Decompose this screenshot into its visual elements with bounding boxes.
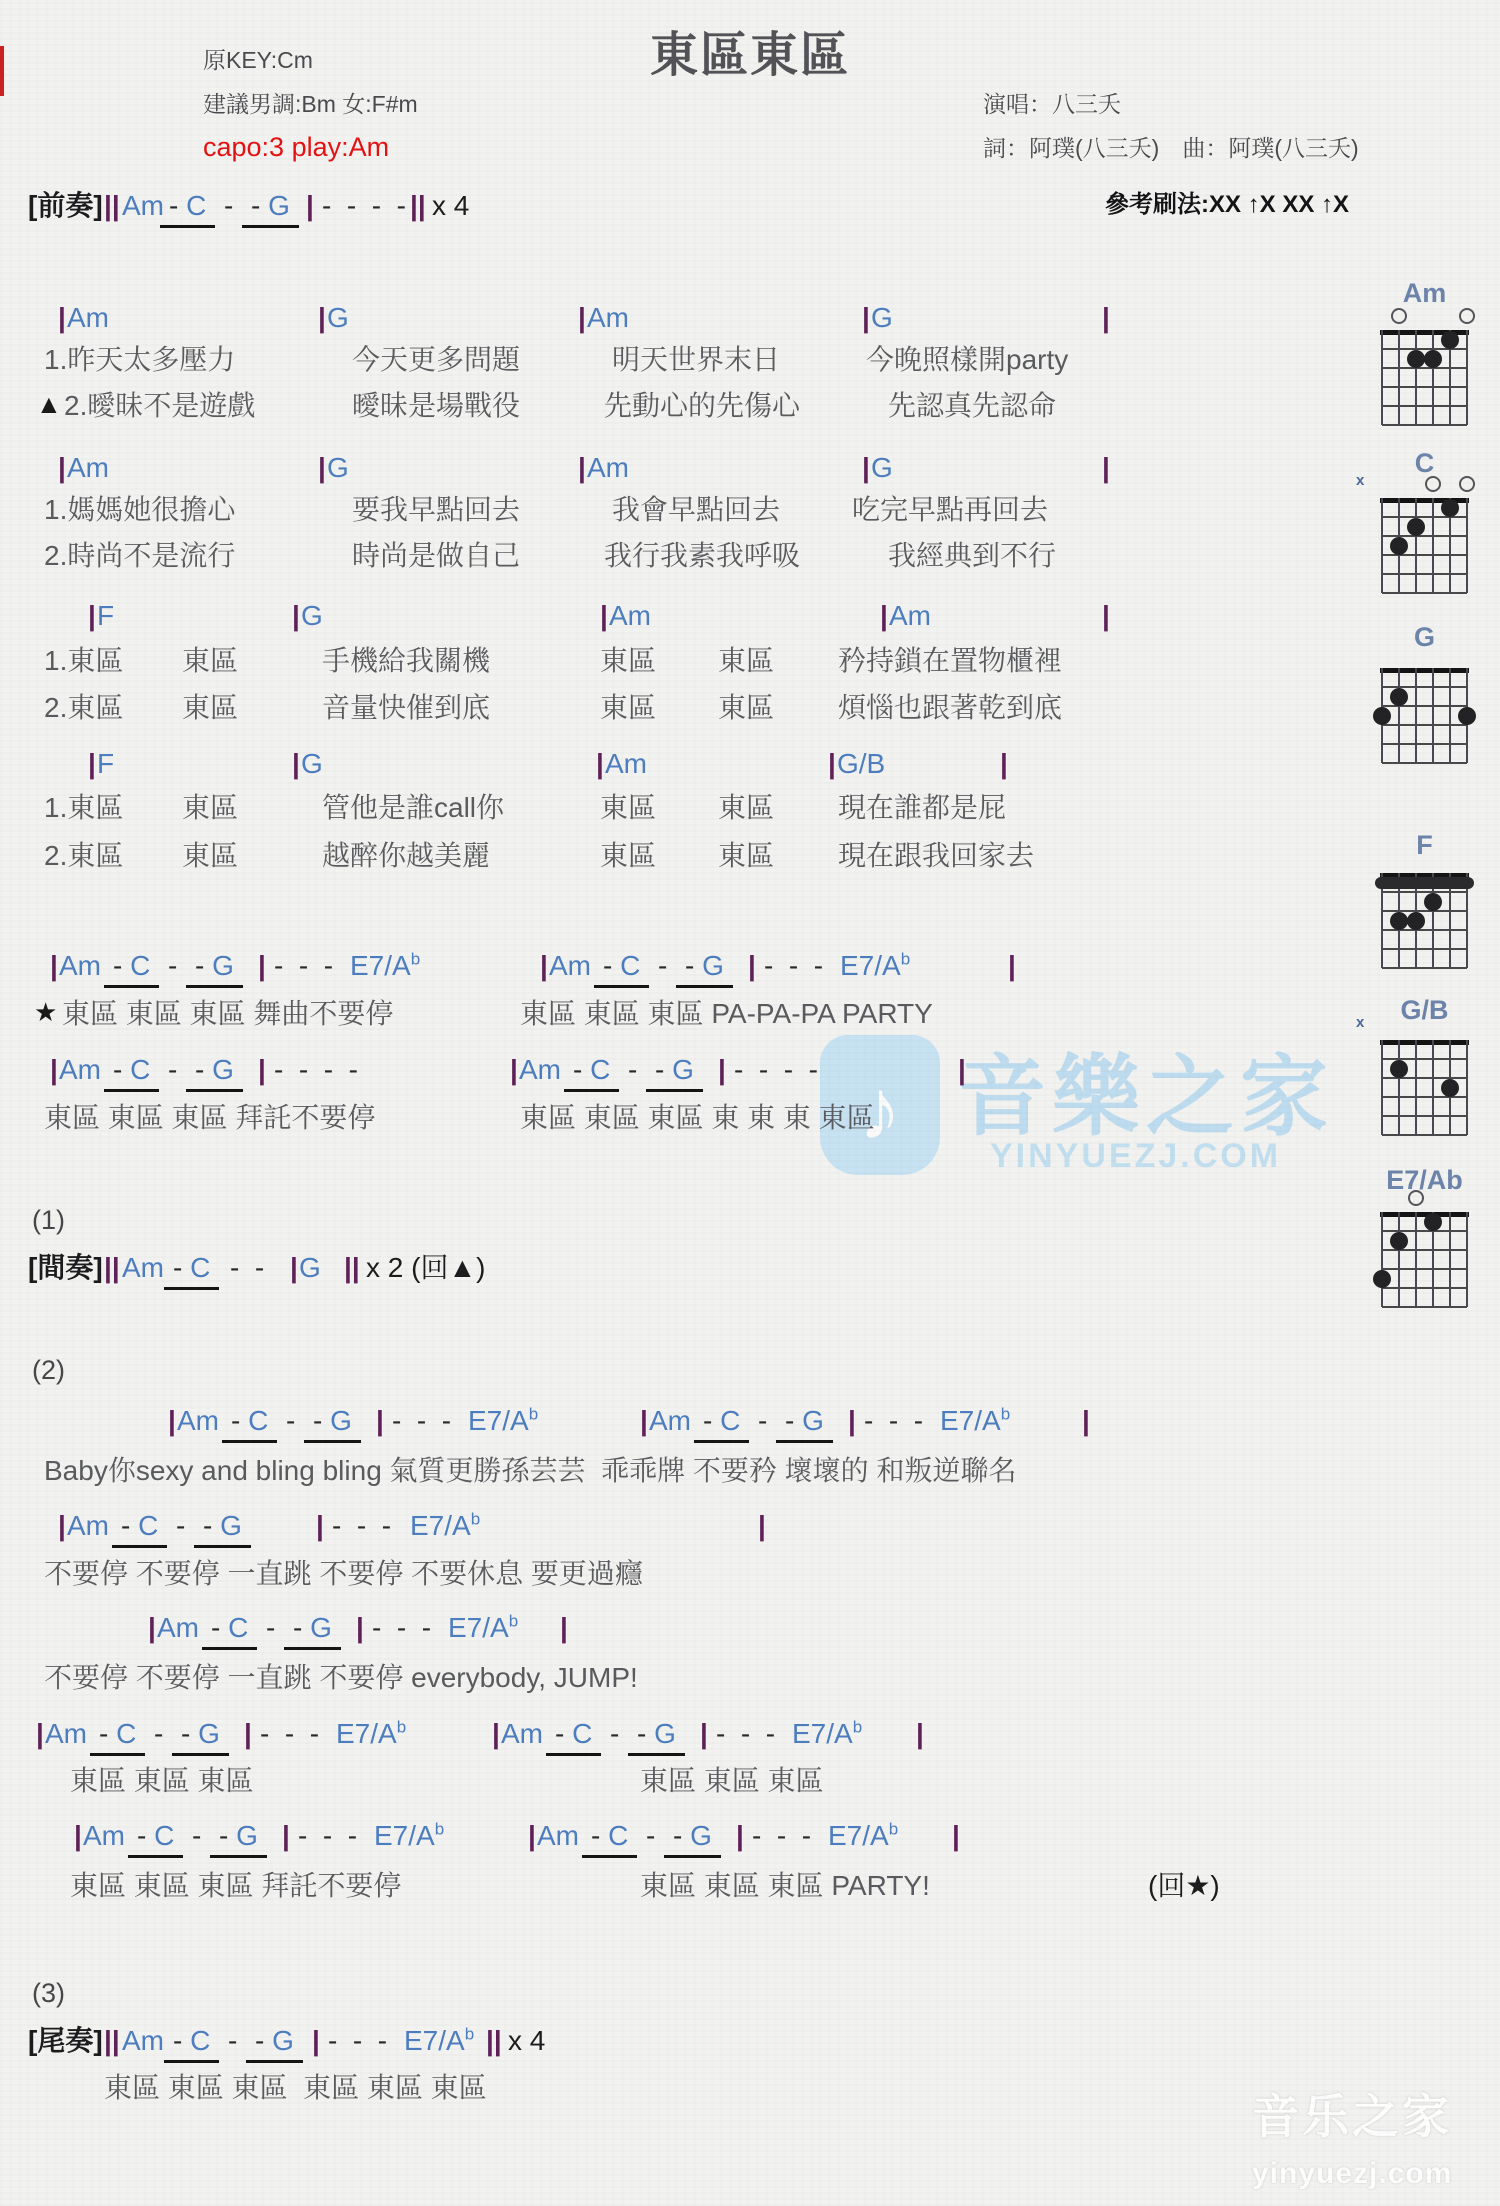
chord-diagram-label-am: Am	[1345, 278, 1500, 309]
lyric-token: 東區 東區 東區	[70, 1765, 254, 1797]
underlined-chord-token: - C	[202, 1612, 257, 1650]
underlined-chord-token: - C	[112, 1510, 167, 1548]
lyric-token: 東區	[182, 692, 238, 724]
diagram-string-line	[1466, 1212, 1468, 1307]
lyric-token: 吃完早點再回去	[852, 494, 1048, 526]
bar-token: |	[510, 1054, 518, 1086]
bar-token: |	[736, 1820, 744, 1852]
diagram-open-string-marker	[1459, 476, 1475, 492]
lyric-token: 現在跟我回家去	[838, 840, 1034, 872]
underlined-chord-token: - C	[164, 1252, 219, 1290]
dash-token: - - - -	[274, 1054, 358, 1086]
bar-token: |	[600, 600, 608, 632]
diagram-open-string-marker	[1459, 308, 1475, 324]
diagram-fret-line	[1382, 1134, 1467, 1136]
dash-token: - - -	[764, 950, 823, 982]
chord-token: Am	[537, 1820, 579, 1852]
chord-token: E7/Ab	[792, 1718, 862, 1750]
lyric-token: 東區	[600, 792, 656, 824]
lyric-token: Baby你sexy and bling bling 氣質更勝孫芸芸 乖乖牌 不要…	[44, 1455, 1016, 1487]
lyric-token: 東區 東區 東區 拜託不要停	[44, 1102, 375, 1134]
bar-token: |	[1102, 452, 1110, 484]
diagram-open-string-marker	[1391, 308, 1407, 324]
edge-mark	[0, 46, 4, 96]
suggested-keys: 建議男調:Bm 女:F#m	[203, 86, 418, 119]
chord-token: E7/Ab	[448, 1612, 518, 1644]
lyric-token: 1.媽媽她很擔心	[44, 494, 235, 526]
underlined-chord-token: - G	[776, 1405, 833, 1443]
underlined-chord-token: - C	[128, 1820, 183, 1858]
chord-token: Am	[122, 2025, 164, 2057]
diagram-fret-line	[1382, 516, 1467, 518]
chord-token: Am	[67, 1510, 109, 1542]
lyric-token: 東區	[182, 645, 238, 677]
section-number: (3)	[32, 1978, 65, 2009]
diagram-finger-dot	[1424, 893, 1442, 911]
writer-credits: 詞：阿璞(八三夭) 曲：阿璞(八三夭)	[983, 130, 1359, 163]
watermark-corner-title: 音乐之家	[1252, 2080, 1452, 2147]
chord-token: E7/Ab	[410, 1510, 480, 1542]
bar-token: |	[1102, 302, 1110, 334]
section-label: [前奏]	[28, 190, 103, 222]
bar-token: |	[880, 600, 888, 632]
lyric-token: 曖昧是場戰役	[352, 390, 520, 422]
original-key: 原KEY:Cm	[203, 42, 313, 75]
bar-token: |	[36, 1718, 44, 1750]
chord-diagram-c: x	[1382, 498, 1467, 593]
lyric-token: 時尚是做自己	[352, 540, 520, 572]
lyric-token: 東區 東區 東區 舞曲不要停	[62, 998, 393, 1030]
diagram-open-string-marker	[1425, 476, 1441, 492]
bar-token: |	[258, 1054, 266, 1086]
lyric-token: 越醉你越美麗	[322, 840, 490, 872]
diagram-fret-line	[1382, 367, 1467, 369]
lyric-token: 現在誰都是屁	[838, 792, 1006, 824]
bar-token: ||	[410, 190, 426, 222]
section-label: [間奏]	[28, 1252, 103, 1284]
underlined-chord-token: - G	[242, 190, 299, 228]
chord-diagram-e7ab	[1382, 1212, 1467, 1307]
lyric-token: 東區 東區 東區 PA-PA-PA PARTY	[520, 998, 933, 1030]
diagram-fret-line	[1382, 1268, 1467, 1270]
bar-token: ||	[104, 2025, 120, 2057]
diagram-fret-line	[1382, 1096, 1467, 1098]
bar-token: |	[748, 950, 756, 982]
diagram-string-line	[1415, 668, 1417, 763]
bar-token: |	[58, 452, 66, 484]
bar-token: |	[952, 1820, 960, 1852]
chord-token: E7/Ab	[374, 1820, 444, 1852]
chord-token: Am	[889, 600, 931, 632]
bar-token: |	[88, 748, 96, 780]
diagram-finger-dot	[1407, 912, 1425, 930]
chord-diagram-label-c: C	[1345, 448, 1500, 479]
dash-token: -	[646, 1820, 655, 1852]
lyric-token: 煩惱也跟著乾到底	[838, 692, 1062, 724]
chord-token: E7/Ab	[828, 1820, 898, 1852]
dash-token: -	[168, 950, 177, 982]
diagram-fret-line	[1382, 724, 1467, 726]
chord-token: E7/Ab	[468, 1405, 538, 1437]
lyric-token: 要我早點回去	[352, 494, 520, 526]
watermark-title: 音樂之家	[958, 1027, 1334, 1153]
capo-info: capo:3 play:Am	[203, 132, 389, 163]
chord-token: E7/Ab	[840, 950, 910, 982]
lyric-token: 1.東區	[44, 645, 123, 677]
diagram-open-string-marker	[1408, 1190, 1424, 1206]
diagram-string-line	[1398, 1212, 1400, 1307]
chord-diagram-label-f: F	[1345, 830, 1500, 861]
mark-token: ▲	[36, 390, 62, 420]
bar-token: |	[718, 1054, 726, 1086]
chord-token: F	[97, 748, 114, 780]
chord-token: G	[301, 600, 323, 632]
diagram-fret-line	[1382, 405, 1467, 407]
underlined-chord-token: - G	[186, 1054, 243, 1092]
diagram-fret-line	[1382, 948, 1467, 950]
dash-token: - - - -	[734, 1054, 818, 1086]
dash-token: - - -	[274, 950, 333, 982]
bar-token: |	[258, 950, 266, 982]
bar-token: |	[58, 1510, 66, 1542]
chord-diagram-label-e7ab: E7/Ab	[1345, 1165, 1500, 1196]
repeat-label: x 2 (回▲)	[366, 1252, 486, 1284]
diagram-fret-line	[1382, 891, 1467, 893]
chord-sheet-page: 東區東區 原KEY:Cm 建議男調:Bm 女:F#m capo:3 play:A…	[0, 0, 1500, 2206]
repeat-label: (回★)	[1148, 1870, 1220, 1902]
section-label: [尾奏]	[28, 2025, 103, 2057]
diagram-string-line	[1449, 668, 1451, 763]
bar-token: |	[596, 748, 604, 780]
lyric-token: 今晚照樣開party	[866, 344, 1068, 376]
bar-token: ||	[486, 2025, 502, 2057]
diagram-fret-line	[1382, 386, 1467, 388]
chord-token: Am	[587, 452, 629, 484]
chord-token: G	[871, 302, 893, 334]
bar-token: ||	[104, 190, 120, 222]
lyric-token: 矜持鎖在置物櫃裡	[838, 645, 1062, 677]
diagram-nut	[1380, 1040, 1469, 1045]
bar-token: |	[1008, 950, 1016, 982]
diagram-fret-line	[1382, 424, 1467, 426]
lyric-token: 東區 東區 東區 東區 東區 東區	[104, 2072, 487, 2104]
lyric-token: 東區	[600, 645, 656, 677]
chord-token: Am	[177, 1405, 219, 1437]
underlined-chord-token: - C	[90, 1718, 145, 1756]
diagram-string-line	[1466, 1040, 1468, 1135]
diagram-string-line	[1381, 1040, 1383, 1135]
chord-token: G	[301, 748, 323, 780]
dash-token: - - -	[716, 1718, 775, 1750]
lyric-token: 東區	[600, 692, 656, 724]
chord-token: G	[327, 452, 349, 484]
dash-token: -	[658, 950, 667, 982]
chord-token: Am	[605, 748, 647, 780]
bar-token: |	[58, 302, 66, 334]
diagram-fret-line	[1382, 967, 1467, 969]
diagram-muted-string-marker: x	[1356, 1014, 1364, 1031]
diagram-finger-dot	[1407, 350, 1425, 368]
dash-token: - - - -	[322, 190, 406, 222]
bar-token: |	[290, 1252, 298, 1284]
bar-token: |	[916, 1718, 924, 1750]
dash-token: -	[610, 1718, 619, 1750]
section-number: (1)	[32, 1205, 65, 1236]
bar-token: |	[168, 1405, 176, 1437]
lyric-token: 東區	[718, 840, 774, 872]
diagram-finger-dot	[1441, 331, 1459, 349]
lyric-token: 2.曖昧不是遊戲	[64, 390, 255, 422]
diagram-finger-dot	[1441, 1079, 1459, 1097]
bar-token: |	[848, 1405, 856, 1437]
chord-diagram-g	[1382, 668, 1467, 763]
dash-token: -	[192, 1820, 201, 1852]
chord-token: Am	[122, 190, 164, 222]
underlined-chord-token: - C	[164, 2025, 219, 2063]
bar-token: |	[318, 302, 326, 334]
bar-token: ||	[104, 1252, 120, 1284]
bar-token: |	[376, 1405, 384, 1437]
lyric-token: 今天更多問題	[352, 344, 520, 376]
dash-token: - - -	[332, 1510, 391, 1542]
chord-token: Am	[59, 1054, 101, 1086]
bar-token: |	[50, 950, 58, 982]
section-number: (2)	[32, 1355, 65, 1386]
lyric-token: 東區	[718, 692, 774, 724]
diagram-fret-line	[1382, 592, 1467, 594]
dash-token: -	[628, 1054, 637, 1086]
chord-token: G	[871, 452, 893, 484]
lyric-token: 明天世界末日	[612, 344, 780, 376]
chord-diagram-label-gb: G/B	[1345, 995, 1500, 1026]
bar-token: ||	[344, 1252, 360, 1284]
diagram-fret-line	[1382, 1306, 1467, 1308]
lyric-token: 1.東區	[44, 792, 123, 824]
watermark-corner-url: yinyuezj.com	[1252, 2157, 1452, 2191]
diagram-string-line	[1381, 1212, 1383, 1307]
lyric-token: 東區	[718, 792, 774, 824]
bar-token: |	[492, 1718, 500, 1750]
diagram-string-line	[1432, 330, 1434, 425]
diagram-finger-dot	[1390, 688, 1408, 706]
underlined-chord-token: - G	[646, 1054, 703, 1092]
dash-token: -	[154, 1718, 163, 1750]
lyric-token: 東區	[600, 840, 656, 872]
dash-token: - - -	[328, 2025, 387, 2057]
underlined-chord-token: - C	[582, 1820, 637, 1858]
bar-token: |	[1102, 600, 1110, 632]
watermark-corner: 音乐之家 yinyuezj.com	[1252, 2080, 1452, 2191]
diagram-string-line	[1415, 1212, 1417, 1307]
diagram-string-line	[1432, 1040, 1434, 1135]
lyric-token: 2.時尚不是流行	[44, 540, 235, 572]
underlined-chord-token: - G	[664, 1820, 721, 1858]
bar-token: |	[244, 1718, 252, 1750]
chord-token: Am	[649, 1405, 691, 1437]
repeat-label: x 4	[432, 190, 469, 222]
bar-token: |	[148, 1612, 156, 1644]
bar-token: |	[560, 1612, 568, 1644]
lyric-token: 我經典到不行	[888, 540, 1056, 572]
diagram-string-line	[1415, 498, 1417, 593]
bar-token: |	[74, 1820, 82, 1852]
chord-token: Am	[122, 1252, 164, 1284]
diagram-finger-dot	[1407, 518, 1425, 536]
strum-pattern: 參考刷法:XX ↑X XX ↑X	[1105, 184, 1349, 219]
diagram-barre	[1375, 877, 1474, 889]
chord-token: E7/Ab	[940, 1405, 1010, 1437]
chord-token: Am	[67, 452, 109, 484]
diagram-string-line	[1398, 668, 1400, 763]
diagram-nut	[1380, 668, 1469, 673]
chord-token: Am	[501, 1718, 543, 1750]
bar-token: |	[758, 1510, 766, 1542]
underlined-chord-token: - G	[676, 950, 733, 988]
diagram-fret-line	[1382, 1115, 1467, 1117]
watermark-url: YINYUEZJ.COM	[990, 1137, 1281, 1176]
bar-token: |	[828, 748, 836, 780]
chord-token: Am	[83, 1820, 125, 1852]
chord-token: Am	[587, 302, 629, 334]
chord-diagram-gb: x	[1382, 1040, 1467, 1135]
dash-token: - - -	[752, 1820, 811, 1852]
bar-token: |	[292, 600, 300, 632]
chord-token: E7/Ab	[350, 950, 420, 982]
bar-token: |	[50, 1054, 58, 1086]
bar-token: |	[1082, 1405, 1090, 1437]
chord-token: G/B	[837, 748, 885, 780]
bar-token: |	[306, 190, 314, 222]
dash-token: -	[266, 1612, 275, 1644]
dash-token: - - -	[864, 1405, 923, 1437]
dash-token: -	[168, 1054, 177, 1086]
diagram-string-line	[1415, 1040, 1417, 1135]
bar-token: |	[578, 302, 586, 334]
lyric-token: 先動心的先傷心	[604, 390, 800, 422]
bar-token: |	[292, 748, 300, 780]
lyric-token: 1.昨天太多壓力	[44, 344, 235, 376]
diagram-fret-line	[1382, 348, 1467, 350]
diagram-finger-dot	[1390, 1060, 1408, 1078]
dash-token: -	[176, 1510, 185, 1542]
diagram-string-line	[1381, 330, 1383, 425]
bar-token: |	[862, 302, 870, 334]
diagram-string-line	[1449, 1212, 1451, 1307]
chord-token: Am	[549, 950, 591, 982]
bar-token: |	[958, 1054, 966, 1086]
bar-token: |	[862, 452, 870, 484]
diagram-finger-dot	[1441, 499, 1459, 517]
chord-token: E7/Ab	[404, 2025, 474, 2057]
diagram-finger-dot	[1390, 537, 1408, 555]
chord-token: G	[299, 1252, 321, 1284]
underlined-chord-token: - C	[222, 1405, 277, 1443]
underlined-chord-token: - G	[284, 1612, 341, 1650]
bar-token: |	[318, 452, 326, 484]
dash-token: - - -	[298, 1820, 357, 1852]
lyric-token: 東區	[718, 645, 774, 677]
underlined-chord-token: - C	[104, 950, 159, 988]
underlined-chord-token: - C	[160, 190, 215, 228]
underlined-chord-token: - G	[194, 1510, 251, 1548]
bar-token: |	[88, 600, 96, 632]
bar-token: |	[640, 1405, 648, 1437]
diagram-fret-line	[1382, 573, 1467, 575]
bar-token: |	[700, 1718, 708, 1750]
dash-token: - - -	[260, 1718, 319, 1750]
diagram-finger-dot	[1390, 1232, 1408, 1250]
diagram-fret-line	[1382, 1287, 1467, 1289]
dash-token: -	[224, 190, 233, 222]
song-title: 東區東區	[555, 16, 945, 85]
diagram-string-line	[1398, 1040, 1400, 1135]
underlined-chord-token: - G	[210, 1820, 267, 1858]
underlined-chord-token: - C	[694, 1405, 749, 1443]
dash-token: -	[286, 1405, 295, 1437]
diagram-finger-dot	[1373, 707, 1391, 725]
chord-diagram-am	[1382, 330, 1467, 425]
bar-token: |	[528, 1820, 536, 1852]
bar-token: |	[316, 1510, 324, 1542]
underlined-chord-token: - G	[186, 950, 243, 988]
dash-token: -	[758, 1405, 767, 1437]
chord-diagram-f	[1382, 873, 1467, 968]
lyric-token: 我行我素我呼吸	[604, 540, 800, 572]
chord-token: Am	[609, 600, 651, 632]
chord-token: Am	[59, 950, 101, 982]
bar-token: |	[356, 1612, 364, 1644]
underlined-chord-token: - C	[564, 1054, 619, 1092]
chord-token: G	[327, 302, 349, 334]
diagram-finger-dot	[1373, 1270, 1391, 1288]
lyric-token: 管他是誰call你	[322, 792, 504, 824]
lyric-token: 2.東區	[44, 840, 123, 872]
chord-token: Am	[67, 302, 109, 334]
diagram-fret-line	[1382, 762, 1467, 764]
chord-token: Am	[519, 1054, 561, 1086]
diagram-string-line	[1381, 498, 1383, 593]
mark-token: ★	[34, 998, 57, 1028]
lyric-token: 東區	[182, 792, 238, 824]
lyric-token: 2.東區	[44, 692, 123, 724]
lyric-token: 先認真先認命	[888, 390, 1056, 422]
diagram-string-line	[1466, 498, 1468, 593]
underlined-chord-token: - C	[594, 950, 649, 988]
diagram-fret-line	[1382, 743, 1467, 745]
dash-token: - -	[230, 1252, 264, 1284]
dash-token: -	[228, 2025, 237, 2057]
lyric-token: 東區	[182, 840, 238, 872]
bar-token: |	[1000, 748, 1008, 780]
dash-token: - - -	[392, 1405, 451, 1437]
underlined-chord-token: - G	[304, 1405, 361, 1443]
lyric-token: 東區 東區 東區 PARTY!	[640, 1870, 930, 1902]
chord-token: F	[97, 600, 114, 632]
lyric-token: 不要停 不要停 一直跳 不要停 everybody, JUMP!	[44, 1662, 638, 1694]
diagram-string-line	[1466, 330, 1468, 425]
bar-token: |	[578, 452, 586, 484]
singer-credit: 演唱：八三夭	[983, 86, 1121, 119]
lyric-token: 東區 東區 東區 拜託不要停	[70, 1870, 401, 1902]
diagram-muted-string-marker: x	[1356, 472, 1364, 489]
diagram-finger-dot	[1424, 1213, 1442, 1231]
bar-token: |	[540, 950, 548, 982]
lyric-token: 我會早點回去	[612, 494, 780, 526]
diagram-string-line	[1432, 668, 1434, 763]
lyric-token: 東區 東區 東區	[640, 1765, 824, 1797]
underlined-chord-token: - G	[246, 2025, 303, 2063]
chord-token: Am	[45, 1718, 87, 1750]
